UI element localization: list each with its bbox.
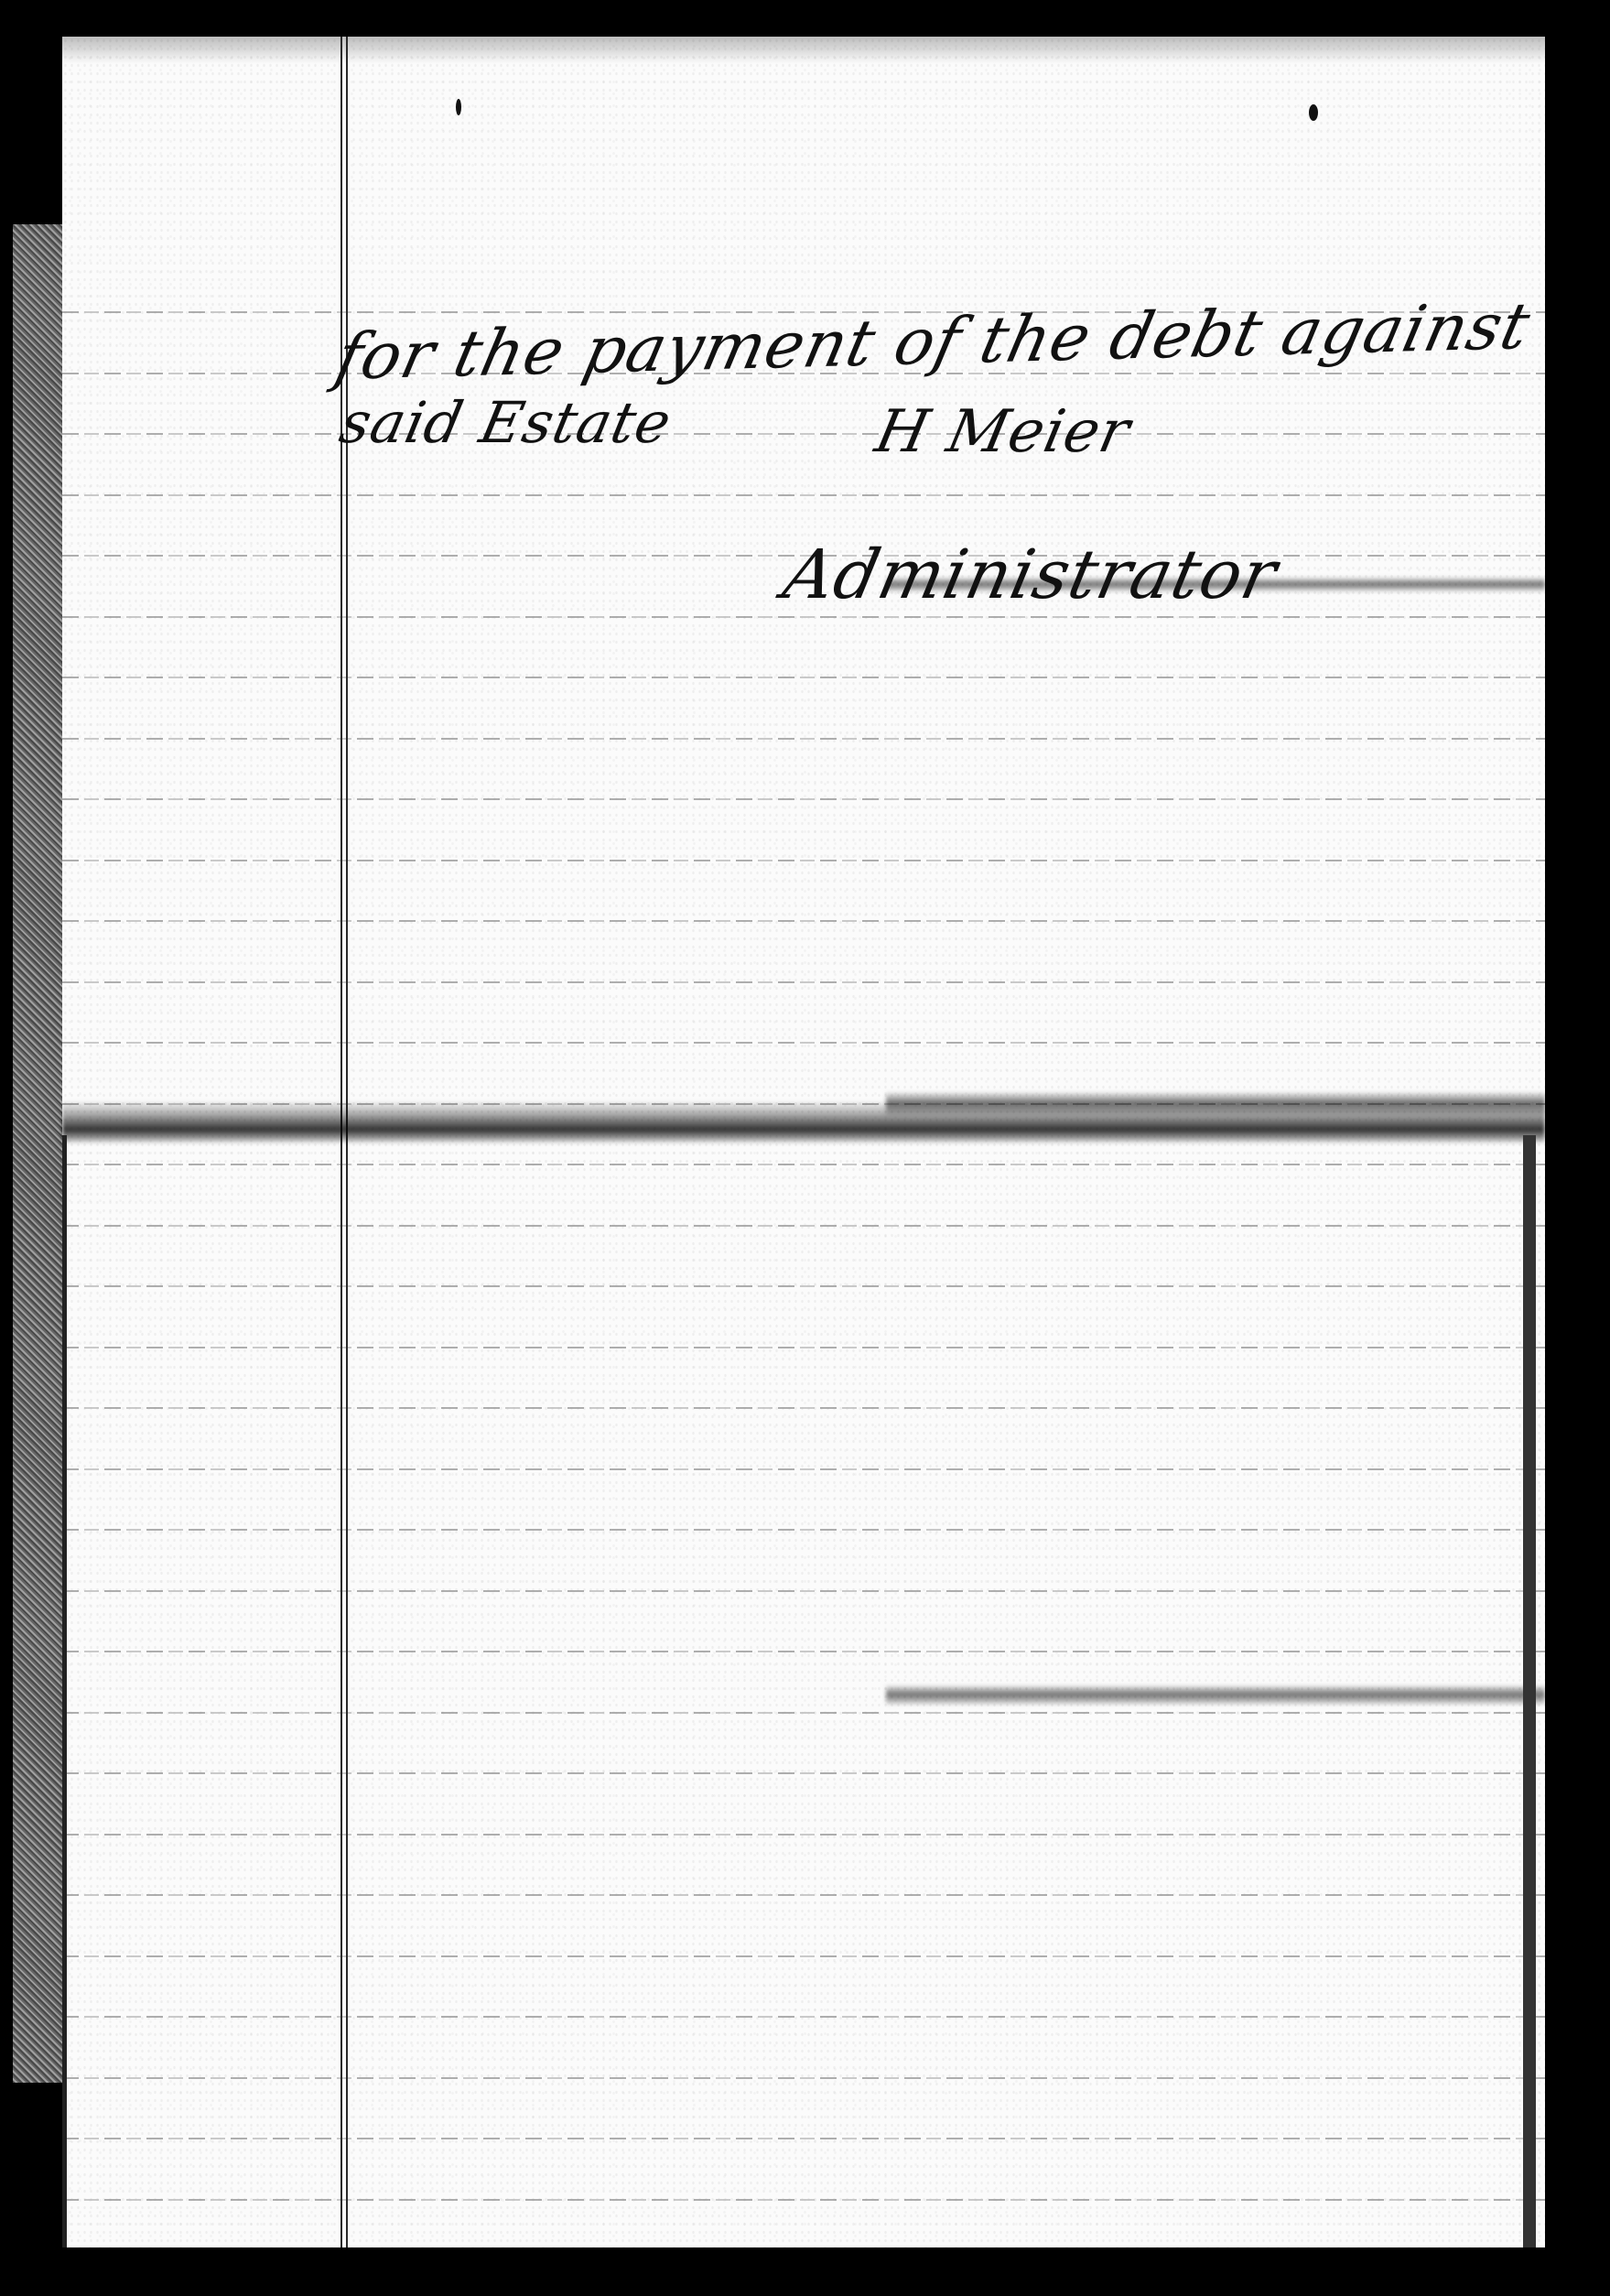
top-edge-shadow xyxy=(62,37,1545,64)
signature-title: Administrator xyxy=(777,536,1284,614)
ruling-line xyxy=(62,798,1545,800)
ruling-line xyxy=(62,981,1545,983)
ruling-line xyxy=(62,433,1545,435)
ruling-line xyxy=(62,738,1545,740)
ink-spot xyxy=(1309,104,1318,121)
lower-sheet-border xyxy=(62,1135,1536,2247)
ruling-line xyxy=(62,920,1545,922)
fold-crease-shadow xyxy=(886,1091,1545,1115)
ink-spot xyxy=(456,99,461,115)
ruling-line xyxy=(62,677,1545,678)
ruling-line xyxy=(62,1042,1545,1044)
signature-name: H Meier xyxy=(870,398,1136,466)
ruling-line xyxy=(62,494,1545,496)
ruling-line xyxy=(62,616,1545,618)
handwritten-line-2: said Estate xyxy=(334,389,677,456)
handwritten-line-1: for the payment of the debt against xyxy=(330,288,1538,395)
ruling-line xyxy=(62,860,1545,861)
